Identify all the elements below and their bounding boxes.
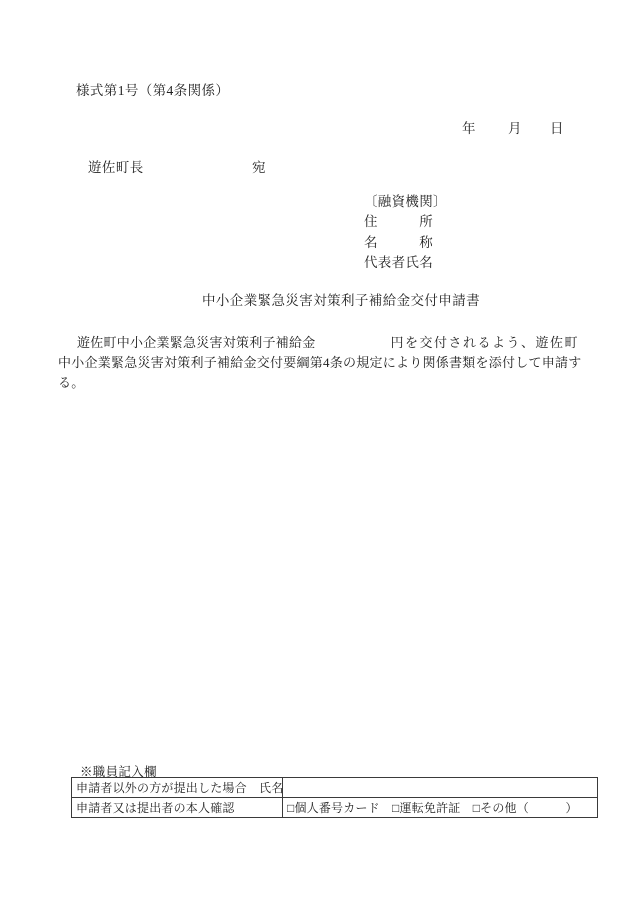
addressee-mayor-label: 遊佐町長 [88,156,144,176]
lender-address-label: 住 所 [364,212,447,232]
staff-entry-table: 申請者以外の方が提出した場合 氏名 申請者又は提出者の本人確認 □個人番号カード… [71,777,598,818]
table-row-submitter-name: 申請者以外の方が提出した場合 氏名 [72,778,598,798]
body-line1-before-blank: 遊佐町中小企業緊急災害対策利子補給金 [77,335,316,350]
document-title: 中小企業緊急災害対策利子補給金交付申請書 [202,289,480,309]
body-line1-after-blank: 円を交付されるよう、遊佐町 [391,335,580,350]
table-cell-submitter-label: 申請者以外の方が提出した場合 氏名 [72,778,283,798]
addressee-suffix-label: 宛 [252,156,266,176]
amount-blank-field [316,346,391,347]
lender-block: 〔融資機関〕 住 所 名 称 代表者氏名 [364,192,447,274]
lender-name-label: 名 称 [364,233,447,253]
table-cell-submitter-value [283,778,598,798]
lender-section-heading: 〔融資機関〕 [364,192,447,212]
body-paragraph-line3: る。 [58,372,85,391]
date-month-label: 月 [508,117,522,137]
form-number: 様式第1号（第4条関係） [76,79,229,99]
body-paragraph-line1: 遊佐町中小企業緊急災害対策利子補給金円を交付されるよう、遊佐町 [58,332,579,351]
date-day-label: 日 [550,117,564,137]
body-paragraph-line2: 中小企業緊急災害対策利子補給金交付要綱第4条の規定により関係書類を添付して申請す [58,352,582,371]
application-form-page: 様式第1号（第4条関係） 年 月 日 遊佐町長 宛 〔融資機関〕 住 所 名 称… [0,0,630,903]
date-year-label: 年 [462,117,476,137]
lender-representative-label: 代表者氏名 [364,253,447,273]
table-row-identity-check: 申請者又は提出者の本人確認 □個人番号カード □運転免許証 □その他（ ） [72,798,598,818]
table-cell-identity-label: 申請者又は提出者の本人確認 [72,798,283,818]
table-cell-identity-options: □個人番号カード □運転免許証 □その他（ ） [283,798,598,818]
